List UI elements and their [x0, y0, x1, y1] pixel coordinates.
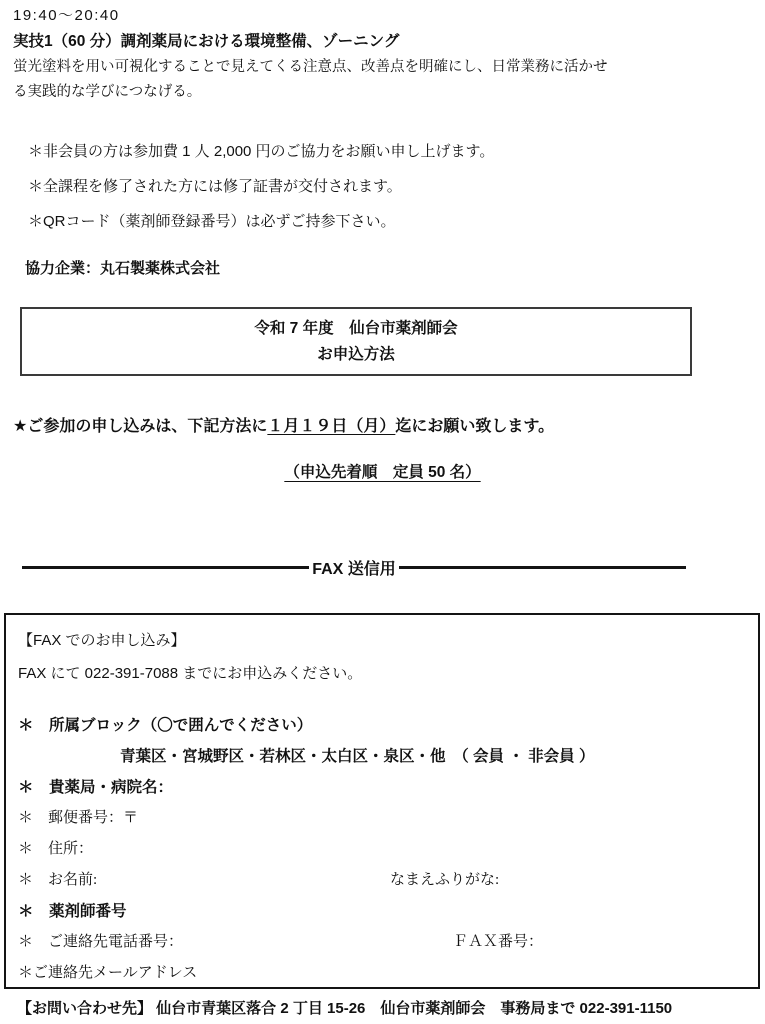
divider-label: FAX 送信用	[312, 556, 396, 579]
field-name-row: ＊ お名前:なまえふりがな:	[18, 870, 744, 891]
session-description-line1: 蛍光塗料を用い可視化することで見えてくる注意点、改善点を明確にし、日常業務に活か…	[13, 55, 608, 76]
field-address: ＊ 住所：	[18, 839, 744, 860]
fax-section-divider: FAX 送信用	[22, 556, 686, 579]
divider-rule-left	[22, 566, 309, 569]
fax-application-document: 19:40～20:40 実技1（60 分）調剤薬局における環境整備、ゾーニング …	[0, 0, 765, 1024]
application-method-box: 令和 7 年度 仙台市薬剤師会 お申込方法	[20, 307, 692, 376]
notes-list: ＊非会員の方は参加費 1 人 2,000 円のご協力をお願い申し上げます。 ＊全…	[28, 141, 494, 246]
sponsor-line: 協力企業：丸石製薬株式会社	[25, 257, 220, 278]
method-box-title-line1: 令和 7 年度 仙台市薬剤師会	[254, 316, 457, 342]
fax-application-form: 【FAX でのお申し込み】 FAX にて 022-391-7088 までにお申込…	[4, 613, 760, 989]
field-pharmacy-name: ＊ 貴薬局・病院名：	[18, 777, 744, 798]
note-fee: ＊非会員の方は参加費 1 人 2,000 円のご協力をお願い申し上げます。	[28, 141, 494, 162]
fax-form-heading: 【FAX でのお申し込み】	[18, 630, 744, 651]
divider-rule-right	[399, 566, 686, 569]
field-email: ＊ご連絡先メールアドレス	[18, 963, 744, 984]
apply-suffix: 迄にお願い致します。	[395, 418, 554, 435]
session-description-line2: る実践的な学びにつなげる。	[13, 80, 201, 101]
capacity-line: （申込先着順 定員 50 名）	[0, 460, 765, 482]
field-fax-number: ＦＡＸ番号：	[453, 934, 543, 950]
capacity-text: （申込先着順 定員 50 名）	[284, 464, 480, 481]
method-box-title-line2: お申込方法	[317, 342, 395, 368]
apply-prefix: ★ご参加の申し込みは、下記方法に	[13, 418, 267, 435]
time-range: 19:40～20:40	[13, 4, 120, 25]
apply-deadline-date: １月１９日（月）	[267, 418, 395, 435]
field-pharmacist-number: ＊ 薬剤師番号	[18, 901, 744, 922]
field-district-options: 青葉区・宮城野区・若林区・太白区・泉区・他 （ 会員 ・ 非会員 ）	[18, 746, 744, 767]
field-postal-code: ＊ 郵便番号：〒	[18, 808, 744, 829]
fax-form-instruction: FAX にて 022-391-7088 までにお申込みください。	[18, 663, 744, 684]
note-certificate: ＊全課程を修了された方には修了証書が交付されます。	[28, 176, 494, 197]
field-phone: ＊ ご連絡先電話番号：	[18, 932, 453, 953]
field-name: ＊ お名前:	[18, 870, 390, 891]
contact-footer: 【お問い合わせ先】 仙台市青葉区落合 2 丁目 15-26 仙台市薬剤師会 事務…	[17, 997, 672, 1018]
note-qr-code: ＊QRコード（薬剤師登録番号）は必ずご持参下さい。	[28, 211, 494, 232]
session-title: 実技1（60 分）調剤薬局における環境整備、ゾーニング	[13, 29, 399, 51]
apply-deadline-line: ★ご参加の申し込みは、下記方法に１月１９日（月）迄にお願い致します。	[13, 413, 554, 436]
field-block: ＊ 所属ブロック（〇で囲んでください）	[18, 715, 744, 736]
field-phone-row: ＊ ご連絡先電話番号：ＦＡＸ番号：	[18, 932, 744, 953]
field-furigana: なまえふりがな:	[390, 872, 499, 888]
